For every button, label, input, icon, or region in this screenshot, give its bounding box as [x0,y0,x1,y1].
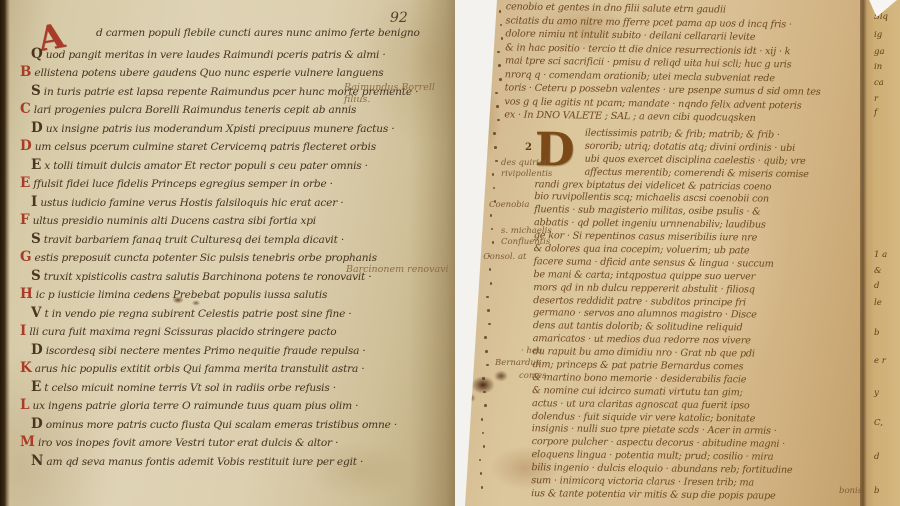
verse-line: Illi cura fuit maxima regni Scissuras pl… [20,323,448,342]
letter-body-block: D ilectissimis patrib; & frib; matrib; &… [531,127,883,504]
edge-text-fragment: y [874,388,879,398]
margin-note: bonis [839,486,862,497]
verse-text: am qd seva manus fontis ademit Vobis res… [46,456,363,468]
verse-initial: Q [31,46,43,62]
margin-note: f. Consol. at [475,252,526,263]
margin-note: Coenobia [489,200,529,211]
prick-mark [497,119,500,122]
verse-text: uod pangit meritas in vere laudes Raimun… [46,49,386,61]
margin-note: Raimundus Borrellfilius. [344,82,435,106]
verse-text: x tolli timuit dulcis amator Et rector p… [44,160,368,172]
edge-text-fragment: e r [874,356,886,366]
verse-initial: S [31,83,41,99]
verse-initial: L [20,397,30,413]
section-number: 2 [525,142,532,153]
verse-text: travit barbariem fanaq truit Culturesq d… [44,234,344,246]
verse-text: ellistena potens ubere gaudens Quo nunc … [34,67,383,79]
verse-text: lari progenies pulcra Borelli Raimundus … [34,104,357,116]
prick-mark [486,364,489,367]
verse-initial: M [20,434,35,450]
verse-text: truxit xpisticolis castra salutis Barchi… [44,271,372,283]
verse-line: Hic p iusticie limina cedens Prebebat po… [20,286,448,305]
prick-mark [488,323,491,326]
prick-mark [500,24,503,27]
prick-mark [486,296,489,299]
right-page-photo: cenobio et gentes in dno filii salute et… [455,0,900,506]
edge-text-fragment: ca [874,78,884,88]
prick-mark [487,309,490,312]
prick-mark [494,146,497,149]
verse-initial: D [31,342,43,358]
edge-text-fragment: d [874,452,879,462]
prick-mark [479,459,482,462]
verse-initial: F [20,212,30,228]
verse-line: Lux ingens patrie gloria terre O raimund… [20,397,448,416]
verse-initial: E [31,379,41,395]
prick-mark [481,486,484,489]
edge-text-fragment: in [874,62,882,72]
prick-mark [485,350,488,353]
verse-initial: B [20,64,31,80]
prick-mark [491,228,494,231]
verse-text: ic p iusticie limina cedens Prebebat pop… [36,289,327,301]
prick-mark [493,132,496,135]
prick-mark [484,404,487,407]
margin-note: des quiricirivipollentis [501,158,552,179]
verse-initial: E [20,175,30,191]
verse-line: Ex tolli timuit dulcis amator Et rector … [20,157,448,176]
prick-mark [499,78,502,81]
prick-mark [483,391,486,394]
edge-text-fragment: 1 a [874,250,887,260]
verse-initial: K [20,360,32,376]
edge-text-fragment: f [874,108,877,118]
verse-line: Dux insigne patris ius moderandum Xpisti… [20,120,448,139]
verse-initial: S [31,268,41,284]
verse-line: Karus hic populis extitit orbis Qui famm… [20,360,448,379]
verse-line: Quod pangit meritas in vere laudes Raimu… [20,46,448,65]
verse-line: Bellistena potens ubere gaudens Quo nunc… [20,64,448,83]
prick-mark [497,51,500,54]
verse-text: lli cura fuit maxima regni Scissuras pla… [29,326,336,338]
right-page-parchment: cenobio et gentes in dno filii salute et… [455,0,900,506]
verse-initial: E [31,157,41,173]
verse-line: Et celso micuit nomine terris Vt sol in … [20,379,448,398]
prick-mark [495,92,498,95]
prick-mark [489,268,492,271]
edge-text-fragment: & [874,266,882,276]
verse-text: ustus iudicio famine verus Hostis falsil… [40,197,343,209]
edge-text-fragment: ig [874,30,882,40]
margin-note: Barcinonem renovavi [346,264,449,276]
verse-text: ux ingens patrie gloria terre O raimunde… [33,400,359,412]
verse-initial: I [20,323,26,339]
prick-mark [492,173,495,176]
prick-mark [482,377,485,380]
edge-text-fragment: b [874,328,879,338]
left-page-photo: 92 Ad carmen populi flebile cuncti aures… [0,0,455,506]
verse-text: d carmen populi flebile cuncti aures nun… [96,27,420,39]
verse-text: ultus presidio numinis alti Ducens castr… [33,215,316,227]
binding-edge [0,0,10,506]
verse-line: Stravit barbariem fanaq truit Culturesq … [20,231,448,250]
edge-text-fragment: r [874,94,878,104]
folio-number: 92 [390,10,408,26]
prick-mark [493,187,496,190]
verse-initial: D [20,138,32,154]
prick-mark [496,105,499,108]
next-folio-edge: Siqiggaincarf1 a&dlebe ryC,db [860,0,900,506]
prick-mark [484,336,487,339]
prick-mark [498,64,501,67]
manuscript-double-page-photo: 92 Ad carmen populi flebile cuncti aures… [0,0,900,506]
edge-text-fragment: b [874,486,879,496]
verse-text: estis preposuit cuncta potenter Sic puls… [35,252,377,264]
prick-mark [495,160,498,163]
verse-text: ux insigne patris ius moderandum Xpisti … [46,123,395,135]
prick-mark [481,418,484,421]
prick-mark [492,241,495,244]
verse-initial: C [20,101,31,117]
verse-initial: V [31,305,41,321]
verse-line: Fultus presidio numinis alti Ducens cast… [20,212,448,231]
verse-line: Nam qd seva manus fontis ademit Vobis re… [20,453,448,472]
verse-text: iscordesq sibi nectere mentes Primo nequ… [46,345,366,357]
edge-text-fragment: C, [874,418,883,428]
margin-note: · heu [521,346,542,357]
verse-initial: N [31,453,43,469]
prick-mark [480,472,483,475]
verse-text: ominus more patris cucto fiusta Qui scal… [46,419,397,431]
edge-text-fragment: d [874,281,879,291]
verse-line: Iustus iudicio famine verus Hostis falsi… [20,194,448,213]
verse-initial: S [31,231,41,247]
prick-mark [501,37,504,40]
verse-line: Ad carmen populi flebile cuncti aures nu… [20,27,448,46]
margin-note: Bernardus [495,358,540,369]
verse-text: ffulsit fidei luce fidelis Princeps egre… [33,178,333,190]
prick-mark [490,214,493,217]
prick-mark [483,445,486,448]
verse-line: Effulsit fidei luce fidelis Princeps egr… [20,175,448,194]
verse-initial: D [31,416,43,432]
margin-note: s. michaelisConfluentis [501,226,552,247]
text-line: ius & tante potentia vir mitis & sup die… [531,488,879,505]
verse-initial: I [31,194,37,210]
verse-text: t celso micuit nomine terris Vt sol in r… [44,382,336,394]
verse-text: um celsus pcerum culmine staret Cervicem… [35,141,376,153]
margin-note: comes [519,371,546,382]
verse-text: t in vendo pie regna subirent Celestis p… [44,308,351,320]
verse-line: Miro vos inopes fovit amore Vestri tutor… [20,434,448,453]
verse-text: iro vos inopes fovit amore Vestri tutor … [38,437,338,449]
verse-initial: G [20,249,32,265]
verse-initial: D [31,120,43,136]
verse-line: Dominus more patris cucto fiusta Qui sca… [20,416,448,435]
verse-line: Vt in vendo pie regna subirent Celestis … [20,305,448,324]
prick-mark [482,432,485,435]
prick-mark [490,282,493,285]
verse-line: Discordesq sibi nectere mentes Primo neq… [20,342,448,361]
verse-line: Dum celsus pcerum culmine staret Cervice… [20,138,448,157]
prick-mark [499,10,502,13]
verse-initial: H [20,286,33,302]
edge-text-fragment: le [874,298,882,308]
verse-text: arus hic populis extitit orbis Qui famma… [35,363,365,375]
letter-intro-block: cenobio et gentes in dno filii salute et… [504,1,878,128]
edge-text-fragment: ga [874,47,885,57]
